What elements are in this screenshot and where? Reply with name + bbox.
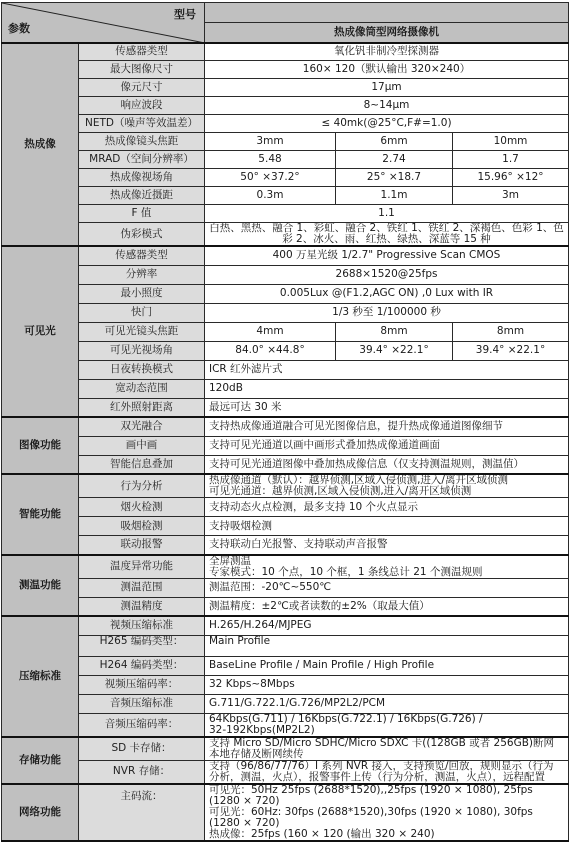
header-model-top	[205, 3, 569, 23]
row-value: 1/3 秒至 1/100000 秒	[205, 303, 569, 322]
row-value-2: 6mm	[336, 133, 453, 151]
row-value-line2: 可见光：60Hz: 30fps (2688*1520),30fps (1920 …	[209, 807, 564, 829]
row-value: 最远可达 30 米	[205, 398, 569, 417]
row-label: 传感器类型	[79, 246, 205, 265]
section-compression: 压缩标准	[2, 616, 79, 737]
row-label: 音频压缩标准	[79, 694, 205, 713]
row-label: F 值	[79, 205, 205, 223]
row-value-line3: 热成像：25fps (160 × 120 (输出 320 × 240)	[209, 829, 564, 840]
row-label: H264 编码类型：	[79, 656, 205, 675]
section-storage: 存储功能	[2, 737, 79, 784]
param-label: 参数	[8, 23, 30, 34]
row-value-3: 3m	[453, 187, 569, 205]
row-value: BaseLine Profile / Main Profile / High P…	[205, 656, 569, 675]
row-value-3: 39.4° ×22.1°	[453, 341, 569, 360]
row-value: 热成像通道（默认）：越界侦测,区域入侵侦测,进入/离开区域侦测 可见光通道：越界…	[205, 474, 569, 498]
row-value: 0.005Lux @(F1.2,AGC ON) ,0 Lux with IR	[205, 284, 569, 303]
row-label: 日夜转换模式	[79, 360, 205, 379]
row-label: 行为分析	[79, 474, 205, 498]
row-value: 32 Kbps~8Mbps	[205, 675, 569, 694]
row-value: 测温范围：-20℃~550℃	[205, 578, 569, 597]
row-value: 160× 120（默认输出 320×240）	[205, 61, 569, 79]
row-value: 可见光：50Hz 25fps (2688*1520),,25fps (1920 …	[205, 784, 569, 841]
row-label: 测温精度	[79, 597, 205, 616]
section-temperature: 测温功能	[2, 555, 79, 617]
row-label: 视频压缩标准	[79, 616, 205, 635]
row-value: 支持吸烟检测	[205, 517, 569, 536]
row-label: 响应波段	[79, 97, 205, 115]
row-value-line1: 可见光：50Hz 25fps (2688*1520),,25fps (1920 …	[209, 785, 564, 807]
row-value: Main Profile	[205, 635, 569, 656]
row-label: 画中画	[79, 436, 205, 455]
section-smart: 智能功能	[2, 474, 79, 555]
row-label: 可见光视场角	[79, 341, 205, 360]
spec-sheet: 型号 参数 热成像筒型网络摄像机 热成像 传感器类型 氧化钒非制冷型探测器 最大…	[1, 2, 568, 842]
row-value: 支持热成像通道融合可见光图像信息，提升热成像通道图像细节	[205, 417, 569, 436]
row-label: H265 编码类型：	[79, 635, 205, 656]
row-value: H.265/H.264/MJPEG	[205, 616, 569, 635]
row-value: 8~14μm	[205, 97, 569, 115]
row-label: 测温范围	[79, 578, 205, 597]
section-image: 图像功能	[2, 417, 79, 474]
row-value-2: 2.74	[336, 151, 453, 169]
row-label: 热成像视场角	[79, 169, 205, 187]
row-label: 宽动态范围	[79, 379, 205, 398]
product-name: 热成像筒型网络摄像机	[205, 23, 569, 43]
row-value: 支持可见光通道以画中画形式叠加热成像通道画面	[205, 436, 569, 455]
row-value: 白热、黑热、融合 1、彩虹、融合 2、铁红 1、铁红 2、深褐色、色彩 1、色彩…	[205, 223, 569, 247]
row-value-3: 1.7	[453, 151, 569, 169]
row-label: 分辨率	[79, 265, 205, 284]
row-label: 烟火检测	[79, 498, 205, 517]
row-value-2: 8mm	[336, 322, 453, 341]
section-visible: 可见光	[2, 246, 79, 417]
section-thermal: 热成像	[2, 43, 79, 247]
row-label: 伪彩模式	[79, 223, 205, 247]
row-value: 1.1	[205, 205, 569, 223]
row-label: 吸烟检测	[79, 517, 205, 536]
row-value-2: 25° ×18.7	[336, 169, 453, 187]
row-label: MRAD（空间分辨率）	[79, 151, 205, 169]
row-value-line2: 可见光通道：越界侦测,区域入侵侦测,进入/离开区域侦测	[209, 486, 564, 497]
row-value: ICR 红外滤片式	[205, 360, 569, 379]
row-value-2: 39.4° ×22.1°	[336, 341, 453, 360]
row-value: 64Kbps(G.711) / 16Kbps(G.722.1) / 16Kbps…	[205, 713, 569, 737]
row-label: 快门	[79, 303, 205, 322]
row-value: 氧化钒非制冷型探测器	[205, 43, 569, 61]
row-label: SD 卡存储：	[79, 737, 205, 761]
row-value-3: 10mm	[453, 133, 569, 151]
row-label: 音频压缩码率：	[79, 713, 205, 737]
row-value: 2688×1520@25fps	[205, 265, 569, 284]
spec-table: 型号 参数 热成像筒型网络摄像机 热成像 传感器类型 氧化钒非制冷型探测器 最大…	[1, 2, 569, 842]
row-label: 传感器类型	[79, 43, 205, 61]
row-value: 支持可见光通道图像中叠加热成像信息（仅支持测温规则，测温值）	[205, 455, 569, 474]
row-value: 120dB	[205, 379, 569, 398]
row-value-1: 3mm	[205, 133, 336, 151]
row-label: 像元尺寸	[79, 79, 205, 97]
row-label: 可见光镜头焦距	[79, 322, 205, 341]
row-value-line2: 专家模式：10 个点，10 个框，1 条线总计 21 个测温规则	[209, 567, 564, 578]
row-value-1: 84.0° ×44.8°	[205, 341, 336, 360]
row-label: 智能信息叠加	[79, 455, 205, 474]
row-label: 热成像近摄距	[79, 187, 205, 205]
section-network: 网络功能	[2, 784, 79, 841]
header-diagonal-cell: 型号 参数	[2, 3, 205, 43]
row-value-1: 4mm	[205, 322, 336, 341]
row-value-3: 15.96° ×12°	[453, 169, 569, 187]
row-label: 热成像镜头焦距	[79, 133, 205, 151]
row-value: 全屏测温 专家模式：10 个点，10 个框，1 条线总计 21 个测温规则	[205, 555, 569, 579]
row-value-1: 50° ×37.2°	[205, 169, 336, 187]
row-value: 测温精度：±2℃或者读数的±2%（取最大值）	[205, 597, 569, 616]
row-label: 最大图像尺寸	[79, 61, 205, 79]
row-label: 温度异常功能	[79, 555, 205, 579]
row-value-1: 5.48	[205, 151, 336, 169]
row-label: 红外照射距离	[79, 398, 205, 417]
row-value: 17μm	[205, 79, 569, 97]
row-value-1: 0.3m	[205, 187, 336, 205]
row-label: NETD（噪声等效温差）	[79, 115, 205, 133]
model-label: 型号	[174, 9, 196, 20]
row-label: 主码流：	[79, 784, 205, 841]
row-value: 支持动态火点检测，最多支持 10 个火点显示	[205, 498, 569, 517]
row-value-2: 1.1m	[336, 187, 453, 205]
row-value: 支持联动白光报警、支持联动声音报警	[205, 536, 569, 555]
row-value: 400 万星光级 1/2.7" Progressive Scan CMOS	[205, 246, 569, 265]
row-value: ≤ 40mk(@25°C,F#=1.0)	[205, 115, 569, 133]
row-label: 最小照度	[79, 284, 205, 303]
row-value: G.711/G.722.1/G.726/MP2L2/PCM	[205, 694, 569, 713]
row-value: 支持 Micro SD/Micro SDHC/Micro SDXC 卡((128…	[205, 737, 569, 761]
row-label: 双光融合	[79, 417, 205, 436]
row-value-line2: 32-192Kbps(MP2L2)	[209, 725, 564, 736]
row-value-line1: 64Kbps(G.711) / 16Kbps(G.722.1) / 16Kbps…	[209, 714, 564, 725]
row-label: NVR 存储：	[79, 760, 205, 784]
row-label: 视频压缩码率：	[79, 675, 205, 694]
row-value-3: 8mm	[453, 322, 569, 341]
row-value-line1: 全屏测温	[209, 556, 564, 567]
row-label: 联动报警	[79, 536, 205, 555]
row-value: 支持（96/86/77/76）I 系列 NVR 接入，支持预览/回放，规则显示（…	[205, 760, 569, 784]
